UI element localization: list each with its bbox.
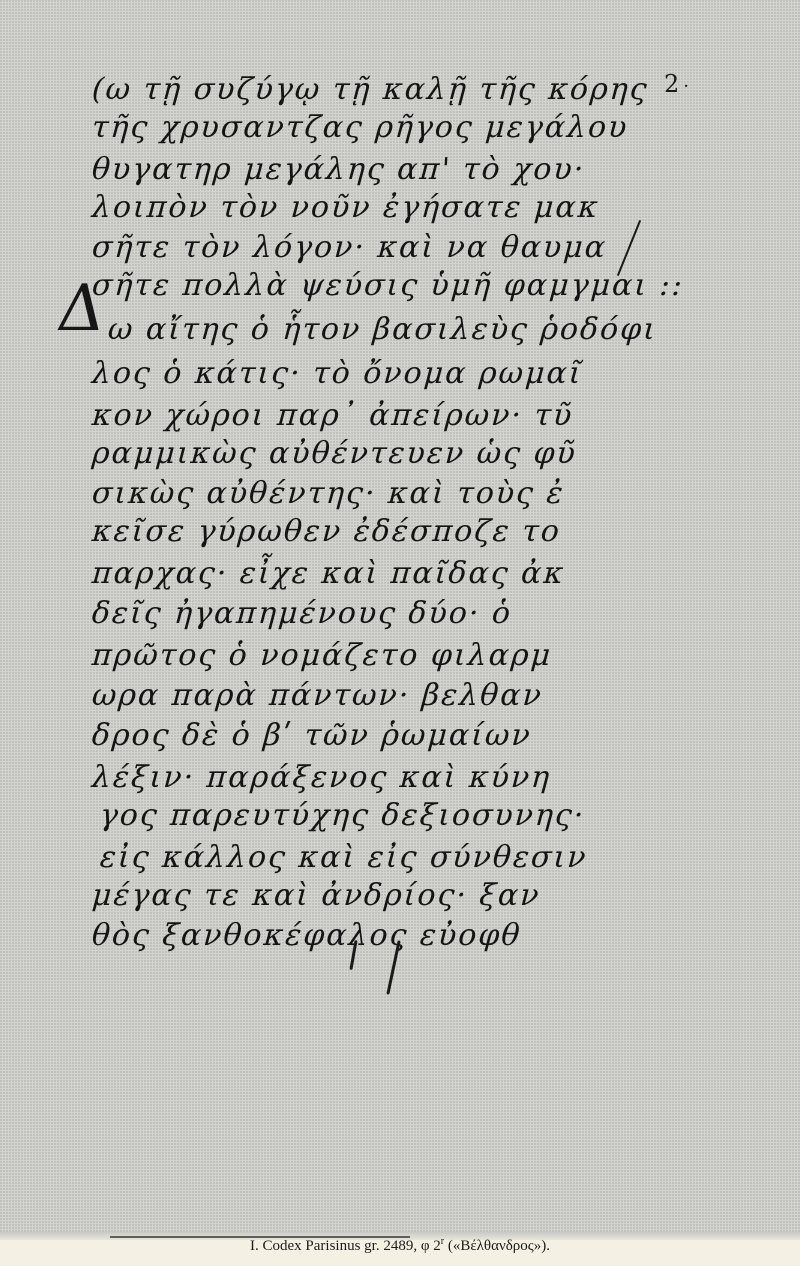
manuscript-line: σῆτε πολλὰ ψεύσις ὑμῆ φαμγμαι ::: [91, 268, 685, 303]
manuscript-line: παρχας· εἶχε καὶ παῖδας ἀκ: [91, 556, 567, 591]
manuscript-line: σῆτε τὸν λόγον· καὶ να θαυμα: [91, 230, 609, 265]
manuscript-line: τῆς χρυσαντζας ρῆγος μεγάλου: [91, 110, 630, 145]
manuscript-line: λος ὁ κάτις· τὸ ὄνομα ρωμαῖ: [91, 356, 584, 391]
folio-number: 2: [664, 70, 689, 98]
manuscript-line: θὸς ξανθοκέφαλος εὐοφθ: [91, 918, 523, 953]
manuscript-line: κεῖσε γύρωθεν ἐδέσποζε το: [91, 514, 562, 549]
decorated-initial: Δ: [53, 272, 110, 346]
caption-title: («Βέλθανδρος»).: [444, 1238, 550, 1254]
manuscript-line: ωρα παρὰ πάντων· βελθαν: [91, 678, 544, 713]
manuscript-line: κον χώροι παρ᾽ ἀπείρων· τῦ: [91, 398, 575, 433]
manuscript-line: λοιπὸν τὸν νοῦν ἐγήσατε μακ: [91, 190, 601, 225]
manuscript-line: μέγας τε καὶ ἀνδρίος· ξαν: [91, 878, 542, 913]
manuscript-plate: (ω τῇ συζύγῳ τῇ καλῇ τῆς κόρηςτῆς χρυσαν…: [0, 0, 800, 1238]
caption-text: I. Codex Parisinus gr. 2489, φ 2: [250, 1238, 441, 1254]
manuscript-line: εἰς κάλλος καὶ εἰς σύνθεσιν: [99, 840, 589, 875]
manuscript-line: θυγατηρ μεγάλης απ' τὸ χου·: [91, 152, 587, 187]
manuscript-line: σικὼς αὐθέντης· καὶ τοὺς ἐ: [91, 476, 566, 511]
manuscript-line: λέξιν· παράξενος καὶ κύνη: [91, 760, 553, 795]
manuscript-line: δεῖς ἠγαπημένους δύο· ὁ: [91, 596, 514, 631]
manuscript-line: ω αἴτης ὁ ἧτον βασιλεὺς ῥοδόφι: [107, 312, 659, 347]
manuscript-line: (ω τῇ συζύγῳ τῇ καλῇ τῆς κόρης: [91, 72, 650, 107]
manuscript-line: δρος δὲ ὁ βʹ τῶν ῥωμαίων: [91, 718, 533, 753]
manuscript-line: ραμμικὼς αὐθέντευεν ὡς φῦ: [91, 436, 578, 471]
manuscript-line: πρῶτος ὁ νομάζετο φιλαρμ: [91, 638, 554, 673]
manuscript-line: γος παρευτύχης δεξιοσυνης·: [99, 798, 587, 833]
figure-caption: I. Codex Parisinus gr. 2489, φ 2r («Βέλθ…: [0, 1236, 800, 1255]
